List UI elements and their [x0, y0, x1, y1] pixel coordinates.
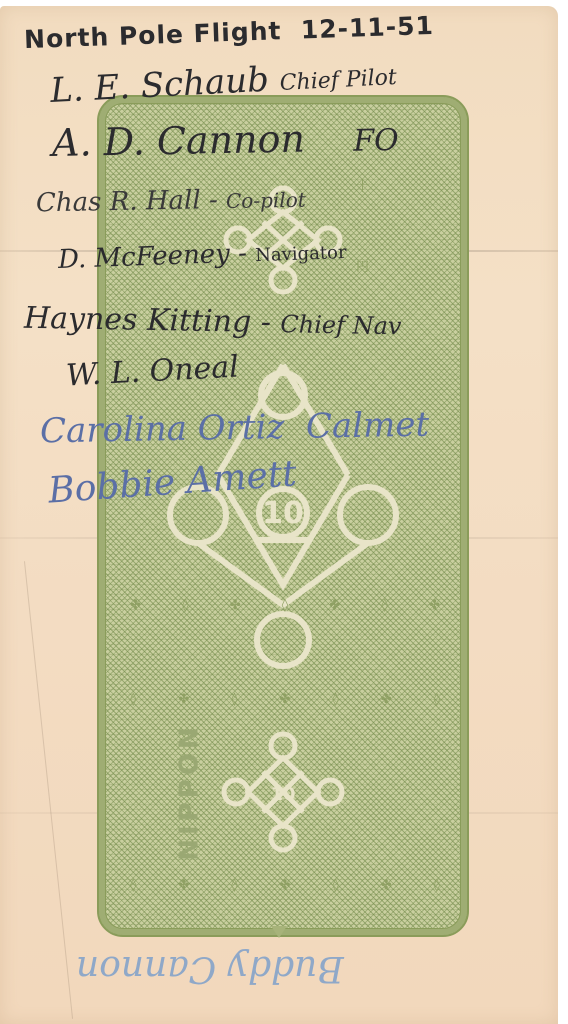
upside-down-signature: Buddy Cannon [76, 948, 344, 989]
signature: Haynes Kitting - Chief Nav [24, 301, 402, 343]
signature: A. D. Cannon FO [52, 115, 399, 165]
signature: Chas R. Hall - Co-pilot [36, 184, 306, 219]
ornament-row: ◊✤◊✤◊✤◊ [130, 878, 440, 893]
glyph-mark: 円 [356, 256, 369, 275]
ornament-row: ✤◊✤◊✤◊✤ [130, 598, 440, 613]
svg-text:10: 10 [270, 784, 295, 805]
glyph-mark: 十 [356, 176, 369, 195]
signature: Carolina Ortiz Calmet [40, 405, 430, 452]
ornament-row: ◊✤◊✤◊✤◊ [130, 692, 440, 707]
knot-emblem-center: 10 [158, 355, 408, 675]
knot-emblem-bottom: 10 [218, 728, 348, 858]
denomination-text: 10 [262, 496, 304, 531]
flight-date: 12-11-51 [300, 11, 434, 45]
country-text: NIPPON [160, 712, 220, 872]
